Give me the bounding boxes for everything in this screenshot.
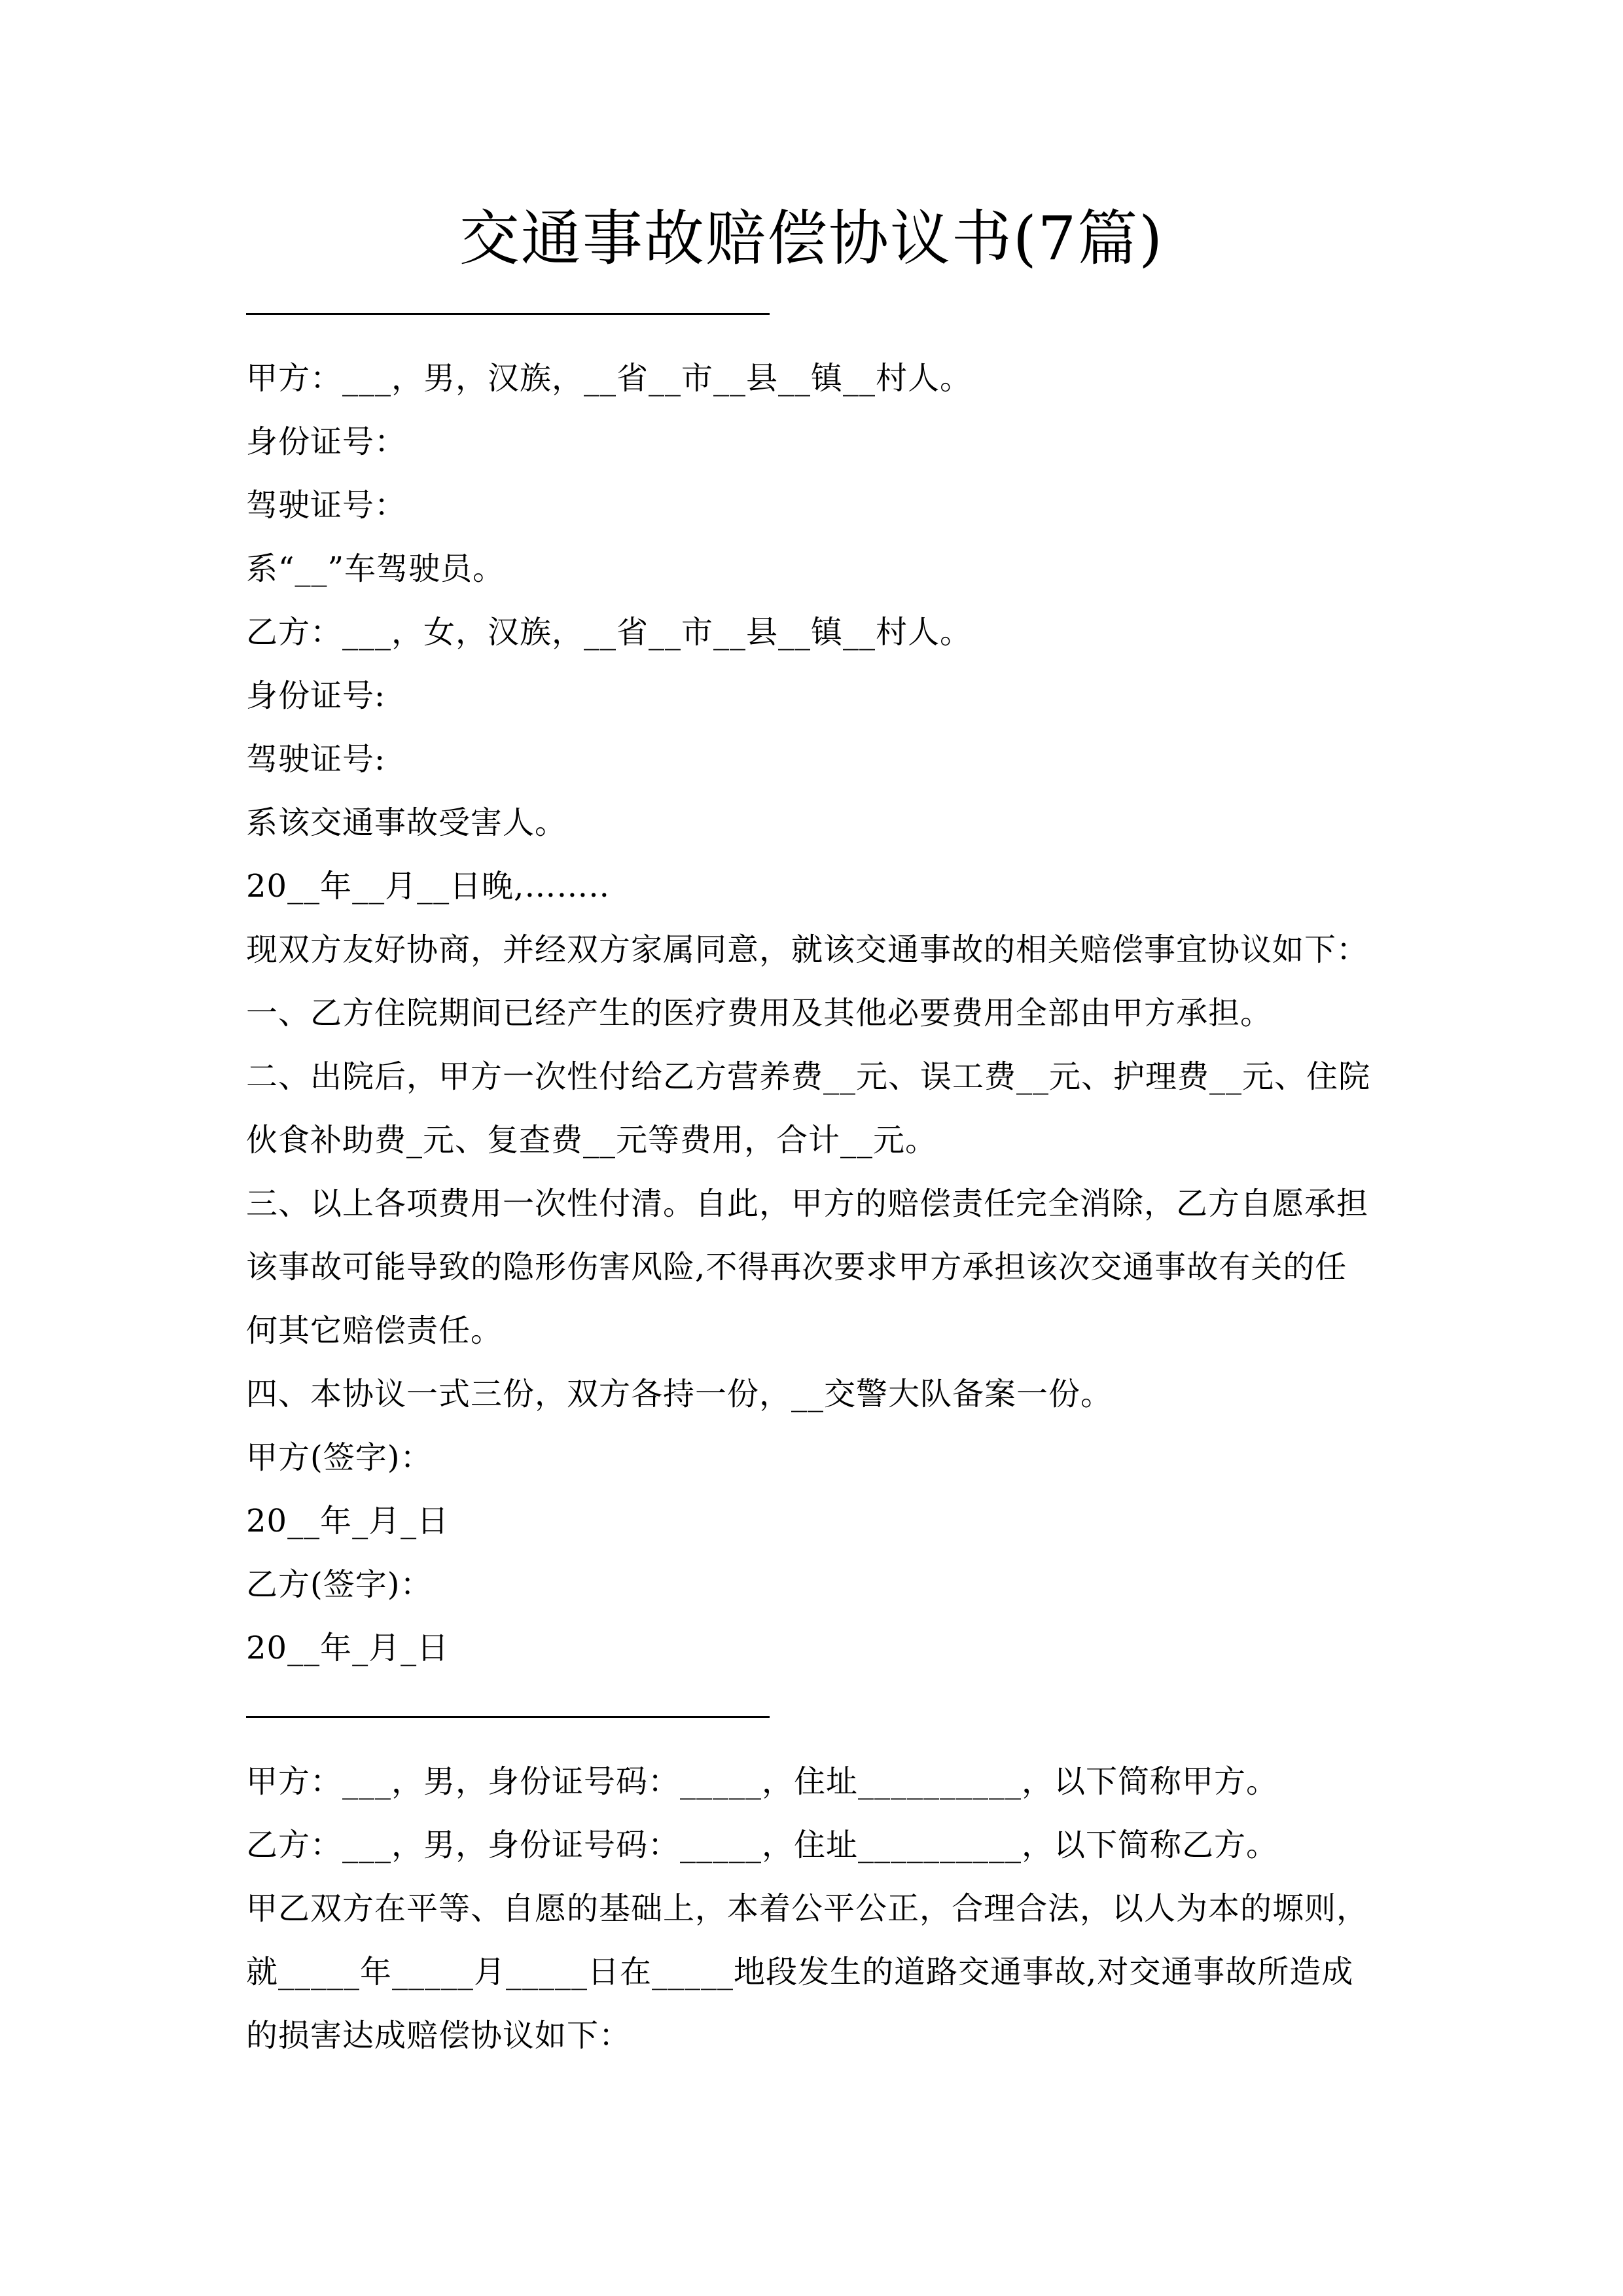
clause-1: 一、乙方住院期间已经产生的医疗费用及其他必要费用全部由甲方承担。 [246,994,1398,1033]
party-a-id-line: 身份证号： [246,422,1398,461]
incident-date-line: 20__年__月__日晚,…….. [246,867,1398,906]
clause-3-line-1: 三、以上各项费用一次性付清。自此，甲方的赔偿责任完全消除，乙方自愿承担 [246,1184,1398,1223]
party-b-line: 乙方：___，女，汉族，__省__市__县__镇__村人。 [246,613,1398,652]
principle-line: 甲乙双方在平等、自愿的基础上，本着公平公正，合理合法，以人为本的塬则， [246,1889,1398,1928]
incident-location-line: 就_____年_____月_____日在_____地段发生的道路交通事故,对交通… [246,1952,1398,1992]
party-b-license-line: 驾驶证号: [246,740,1398,779]
clause-3-line-2: 该事故可能导致的隐形伤害风险,不得再次要求甲方承担该次交通事故有关的任 [246,1247,1398,1287]
party-b-id-line: 身份证号: [246,676,1398,715]
party-a-signature-label: 甲方(签字)： [246,1438,1398,1477]
clause-4: 四、本协议一式三份，双方各持一份，__交警大队备案一份。 [246,1374,1398,1414]
party-a-signature-date: 20__年_月_日 [246,1501,1398,1541]
clause-3-line-3: 何其它赔偿责任。 [246,1311,1398,1350]
party-a-license-line: 驾驶证号： [246,486,1398,525]
agreement-intro-line-2: 的损害达成赔偿协议如下： [246,2016,1398,2055]
document-page: 交通事故赔偿协议书(7篇) 甲方：___，男，汉族，__省__市__县__镇__… [0,0,1623,2296]
clause-2-line-1: 二、出院后，甲方一次性付给乙方营养费__元、误工费__元、护理费__元、住院 [246,1057,1398,1096]
party-b-line-2: 乙方：___，男，身份证号码：_____，住址__________，以下简称乙方… [246,1825,1398,1865]
party-b-signature-date: 20__年_月_日 [246,1628,1398,1668]
party-b-signature-label: 乙方(签字)： [246,1565,1398,1604]
section-divider [246,1716,770,1718]
clause-2-line-2: 伙食补助费_元、复查费__元等费用，合计__元。 [246,1121,1398,1160]
party-a-line-2: 甲方：___，男，身份证号码：_____，住址__________，以下简称甲方… [246,1762,1398,1801]
agreement-intro-line: 现双方友好协商，并经双方家属同意，就该交通事故的相关赔偿事宜协议如下： [246,930,1398,969]
party-a-driver-line: 系“__”车驾驶员。 [246,549,1398,588]
party-a-line: 甲方：___，男，汉族，__省__市__县__镇__村人。 [246,359,1398,398]
section-divider [246,313,770,315]
party-b-victim-line: 系该交通事故受害人。 [246,803,1398,842]
document-title: 交通事故赔偿协议书(7篇) [0,196,1623,281]
